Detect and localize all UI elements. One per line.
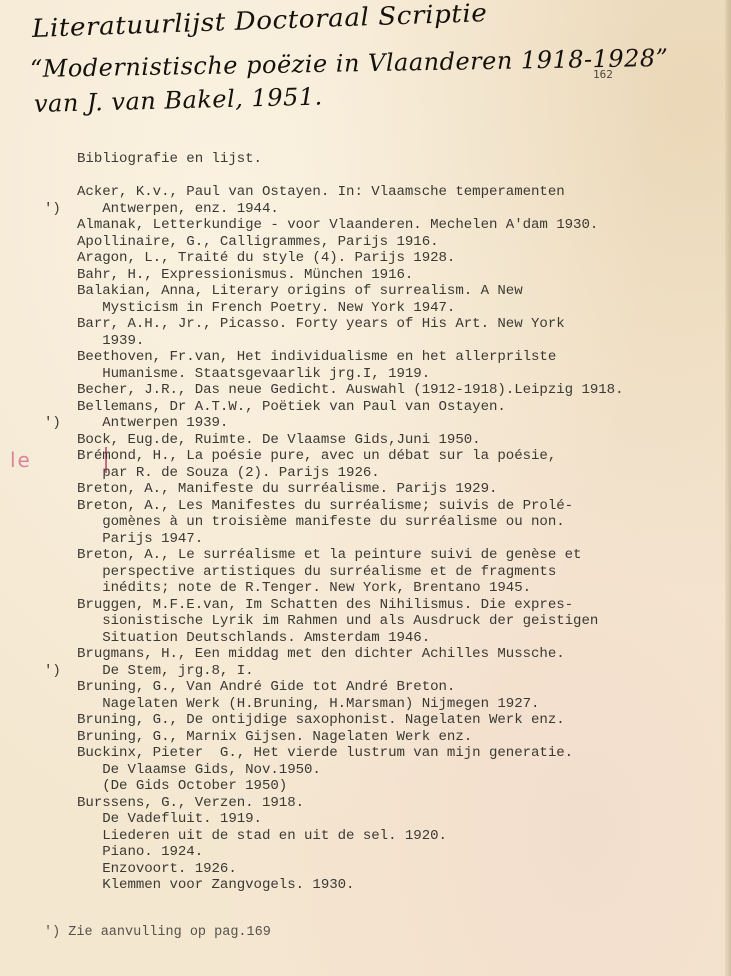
footnote-marker: ') — [44, 201, 61, 217]
bibliography-entry-continuation: Nagelaten Werk (H.Bruning, H.Marsman) Ni… — [77, 696, 539, 712]
bibliography-entry-continuation: Liederen uit de stad en uit de sel. 1920… — [77, 828, 447, 844]
footnote: ') Zie aanvulling op pag.169 — [44, 925, 271, 940]
bibliography-entry-continuation: Enzovoort. 1926. — [77, 861, 237, 877]
bibliography-entry: Brugmans, H., Een middag met den dichter… — [77, 646, 565, 662]
handwritten-author: van J. van Bakel, 1951. — [34, 82, 323, 118]
bibliography-entry: Bock, Eug.de, Ruimte. De Vlaamse Gids,Ju… — [77, 432, 481, 448]
bibliography-entry: Aragon, L., Traité du style (4). Parijs … — [77, 250, 455, 266]
bibliography-entry: Bruning, G., De ontijdige saxophonist. N… — [77, 712, 565, 728]
bibliography-entry-continuation: De Stem, jrg.8, I. — [77, 663, 254, 679]
bibliography-entry-continuation: (De Gids October 1950) — [77, 778, 287, 794]
bibliography-entry: Apollinaire, G., Calligrammes, Parijs 19… — [77, 234, 439, 250]
bibliography-entry: Breton, A., Les Manifestes du surréalism… — [77, 498, 573, 514]
bibliography-entry-continuation: 1939. — [77, 333, 144, 349]
handwritten-subtitle: “Modernistische poëzie in Vlaanderen 191… — [30, 44, 669, 83]
bibliography-entry: Beethoven, Fr.van, Het individualisme en… — [77, 349, 556, 365]
bibliography-entry: Burssens, G., Verzen. 1918. — [77, 795, 304, 811]
bibliography-entry-continuation: sionistische Lyrik im Rahmen und als Aus… — [77, 613, 598, 629]
paper-edge — [725, 0, 731, 976]
bibliography-entry: Bruning, G., Van André Gide tot André Br… — [77, 679, 455, 695]
bibliography-entry: Bruggen, M.F.E.van, Im Schatten des Nihi… — [77, 597, 573, 613]
bibliography-entry-continuation: De Vadefluit. 1919. — [77, 811, 262, 827]
bibliography-entry-continuation: Piano. 1924. — [77, 844, 203, 860]
bibliography-entry-continuation: inédits; note de R.Tenger. New York, Bre… — [77, 580, 531, 596]
bibliography-entry: Barr, A.H., Jr., Picasso. Forty years of… — [77, 316, 565, 332]
bibliography-entry-continuation: Antwerpen 1939. — [77, 415, 228, 431]
bibliography-entry-continuation: Humanisme. Staatsgevaarlik jrg.I, 1919. — [77, 366, 430, 382]
bibliography-entry-continuation: Klemmen voor Zangvogels. 1930. — [77, 877, 354, 893]
bibliography-entry-continuation: gomènes à un troisième manifeste du surr… — [77, 514, 565, 530]
section-heading: Bibliografie en lijst. — [77, 151, 262, 167]
footnote-marker: ') — [44, 663, 61, 679]
bibliography-entry-continuation: par R. de Souza (2). Parijs 1926. — [77, 465, 380, 481]
bibliography-entry: Brémond, H., La poésie pure, avec un déb… — [77, 448, 556, 464]
bibliography-entry: Breton, A., Manifeste du surréalisme. Pa… — [77, 481, 497, 497]
bibliography-entry: Bellemans, Dr A.T.W., Poëtiek van Paul v… — [77, 399, 506, 415]
page-number: 162 — [593, 68, 613, 81]
margin-annotation: le — [10, 448, 32, 472]
handwritten-title: Literatuurlijst Doctoraal Scriptie — [31, 0, 487, 43]
bibliography-entry: Almanak, Letterkundige - voor Vlaanderen… — [77, 217, 598, 233]
bibliography-entry-continuation: Antwerpen, enz. 1944. — [77, 201, 279, 217]
bibliography-entry-continuation: perspective artistiques du surréalisme e… — [77, 564, 556, 580]
bibliography-entry: Buckinx, Pieter G., Het vierde lustrum v… — [77, 745, 573, 761]
bibliography-entry: Acker, K.v., Paul van Ostayen. In: Vlaam… — [77, 184, 565, 200]
bibliography-entry: Breton, A., Le surréalisme et la peintur… — [77, 547, 581, 563]
bibliography-entry-continuation: Mysticism in French Poetry. New York 194… — [77, 300, 455, 316]
bibliography-entry-continuation: Parijs 1947. — [77, 531, 203, 547]
document-page: Literatuurlijst Doctoraal Scriptie “Mode… — [0, 0, 731, 976]
bibliography-entry: Bahr, H., Expressionismus. München 1916. — [77, 267, 413, 283]
bibliography-entry: Balakian, Anna, Literary origins of surr… — [77, 283, 523, 299]
bibliography-entry: Becher, J.R., Das neue Gedicht. Auswahl … — [77, 382, 624, 398]
bibliography-entry: Bruning, G., Marnix Gijsen. Nagelaten We… — [77, 729, 472, 745]
bibliography-entry-continuation: Situation Deutschlands. Amsterdam 1946. — [77, 630, 430, 646]
bibliography-entry-continuation: De Vlaamse Gids, Nov.1950. — [77, 762, 321, 778]
footnote-marker: ') — [44, 415, 61, 431]
